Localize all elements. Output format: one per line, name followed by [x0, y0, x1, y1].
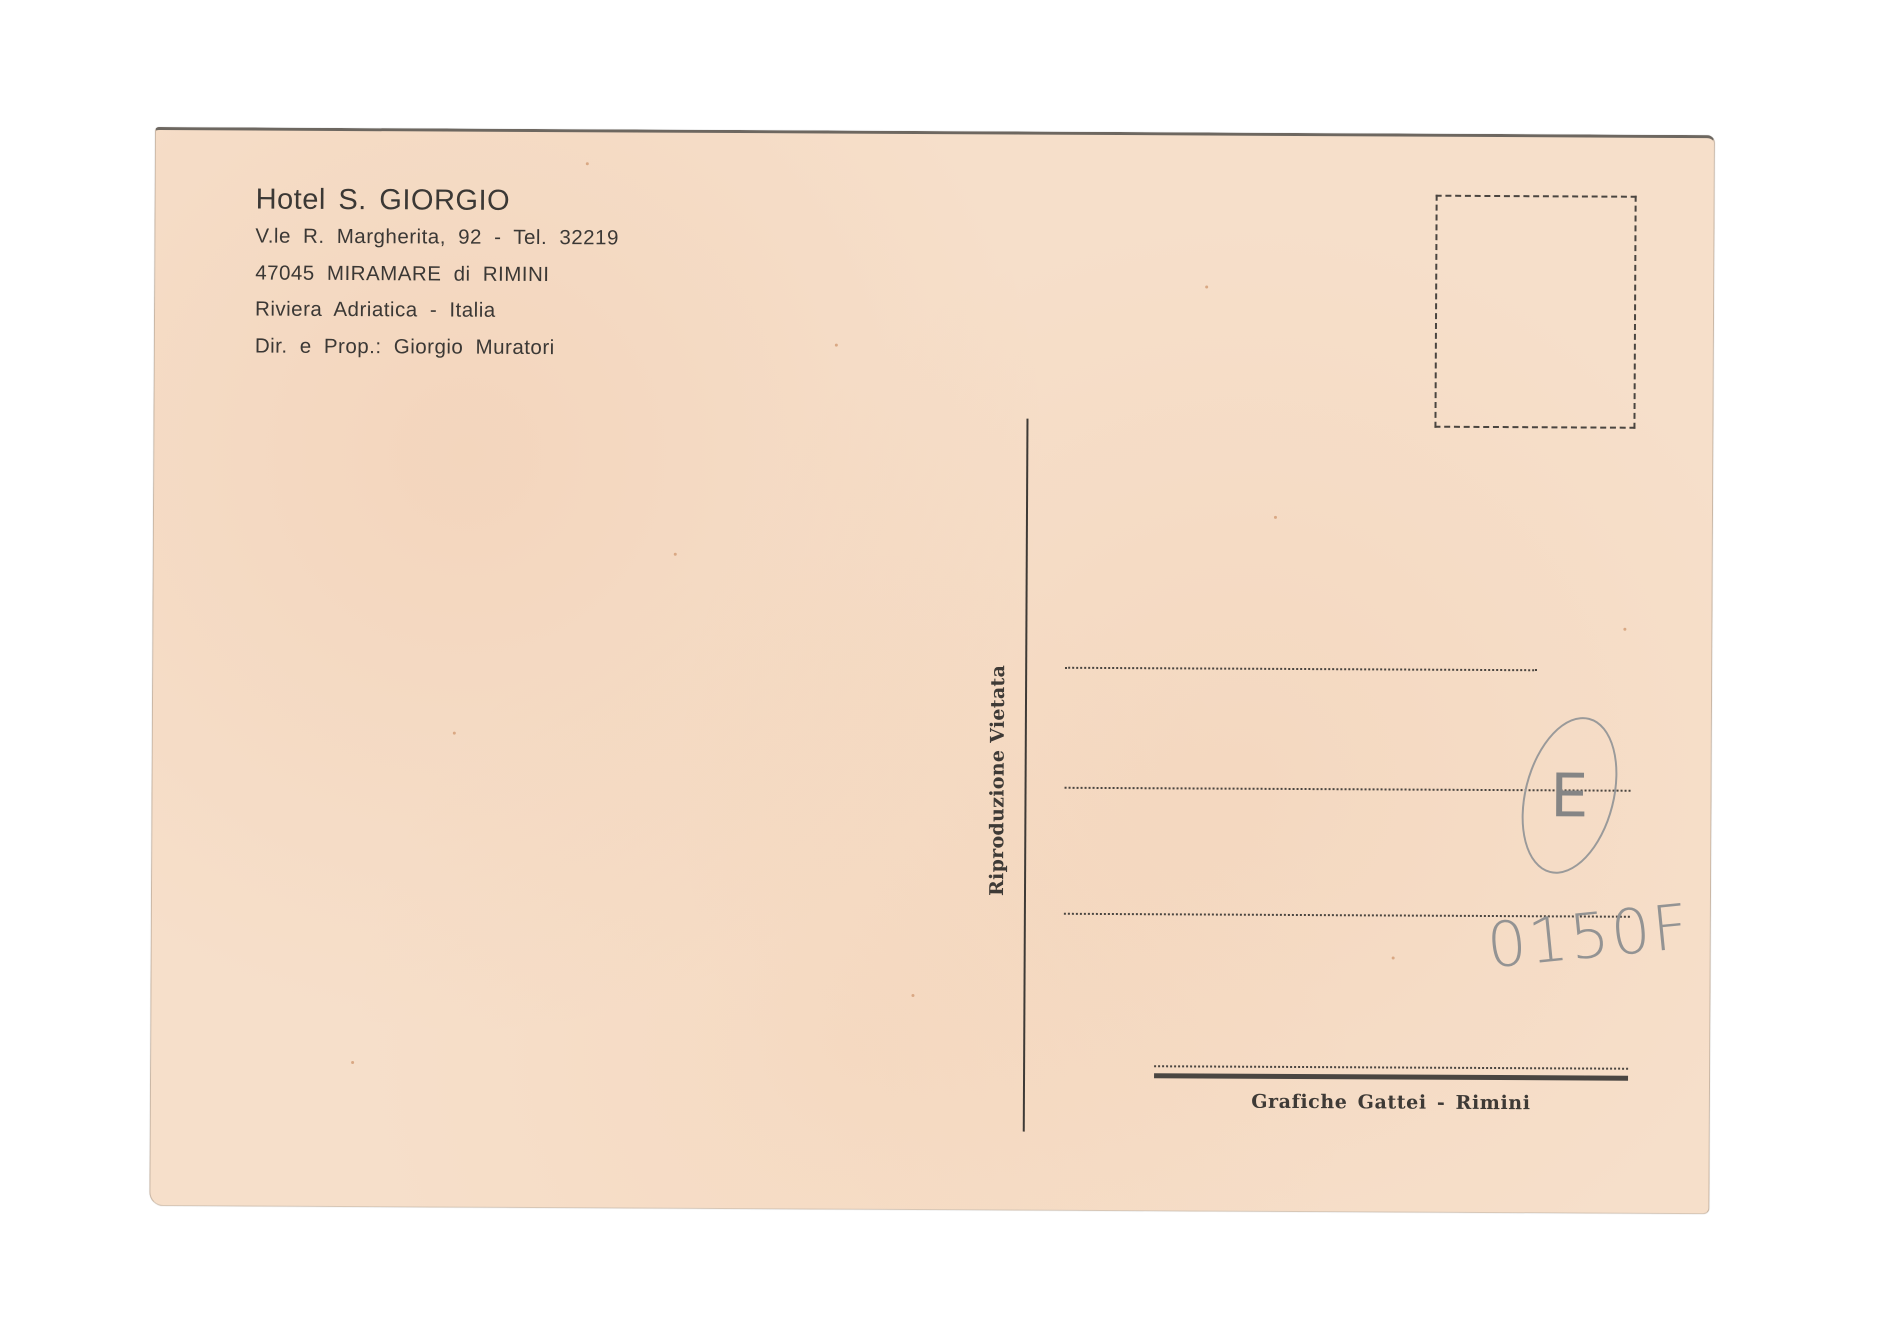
hotel-region: Riviera Adriatica - Italia	[255, 292, 619, 330]
printer-credit: Grafiche Gattei - Rimini	[1154, 1090, 1628, 1114]
hotel-address: V.le R. Margherita, 92 - Tel. 32219	[255, 219, 619, 257]
printer-rule	[1154, 1073, 1628, 1080]
hotel-header: Hotel S. GIORGIO V.le R. Margherita, 92 …	[255, 181, 619, 367]
pencil-letter: E	[1526, 761, 1612, 831]
address-line-1	[1065, 667, 1537, 671]
hotel-name: Hotel S. GIORGIO	[256, 181, 620, 221]
stamp-box	[1434, 195, 1636, 429]
pencil-code: 0150F	[1484, 890, 1694, 983]
paper-speck	[453, 732, 456, 735]
postcard-back: Hotel S. GIORGIO V.le R. Margherita, 92 …	[149, 127, 1715, 1214]
paper-speck	[1205, 286, 1208, 289]
paper-speck	[351, 1061, 354, 1064]
paper-speck	[835, 344, 838, 347]
paper-speck	[911, 994, 914, 997]
address-line-4	[1154, 1065, 1628, 1069]
pencil-circled-letter: E	[1506, 707, 1633, 884]
paper-speck	[586, 162, 589, 165]
paper-speck	[1392, 956, 1395, 959]
reproduction-notice: Riproduzione Vietata	[986, 645, 1009, 915]
hotel-city: 47045 MIRAMARE di RIMINI	[255, 255, 619, 293]
paper-speck	[1274, 516, 1277, 519]
hotel-owner: Dir. e Prop.: Giorgio Muratori	[255, 328, 619, 366]
paper-speck	[674, 553, 677, 556]
paper-speck	[1623, 628, 1626, 631]
center-divider-line	[1023, 419, 1029, 1132]
